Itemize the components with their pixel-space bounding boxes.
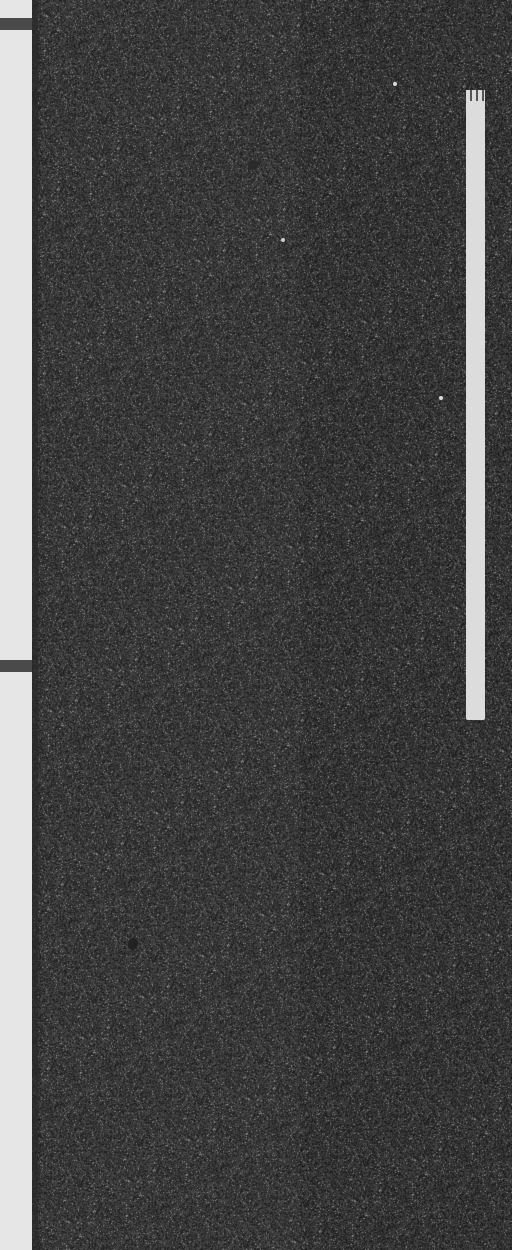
edge-line-shadow	[32, 0, 38, 1250]
left-edge-line	[0, 0, 32, 1250]
edge-line-gap-middle	[0, 660, 32, 672]
road-stain	[248, 160, 258, 170]
asphalt-texture	[0, 0, 512, 1250]
road-debris	[393, 82, 397, 86]
edge-line-gap-top	[0, 18, 32, 30]
road-debris	[439, 396, 443, 400]
road-scene	[0, 0, 512, 1250]
road-stain	[128, 938, 138, 950]
road-debris	[281, 238, 285, 242]
lane-dash-marking	[466, 101, 485, 720]
